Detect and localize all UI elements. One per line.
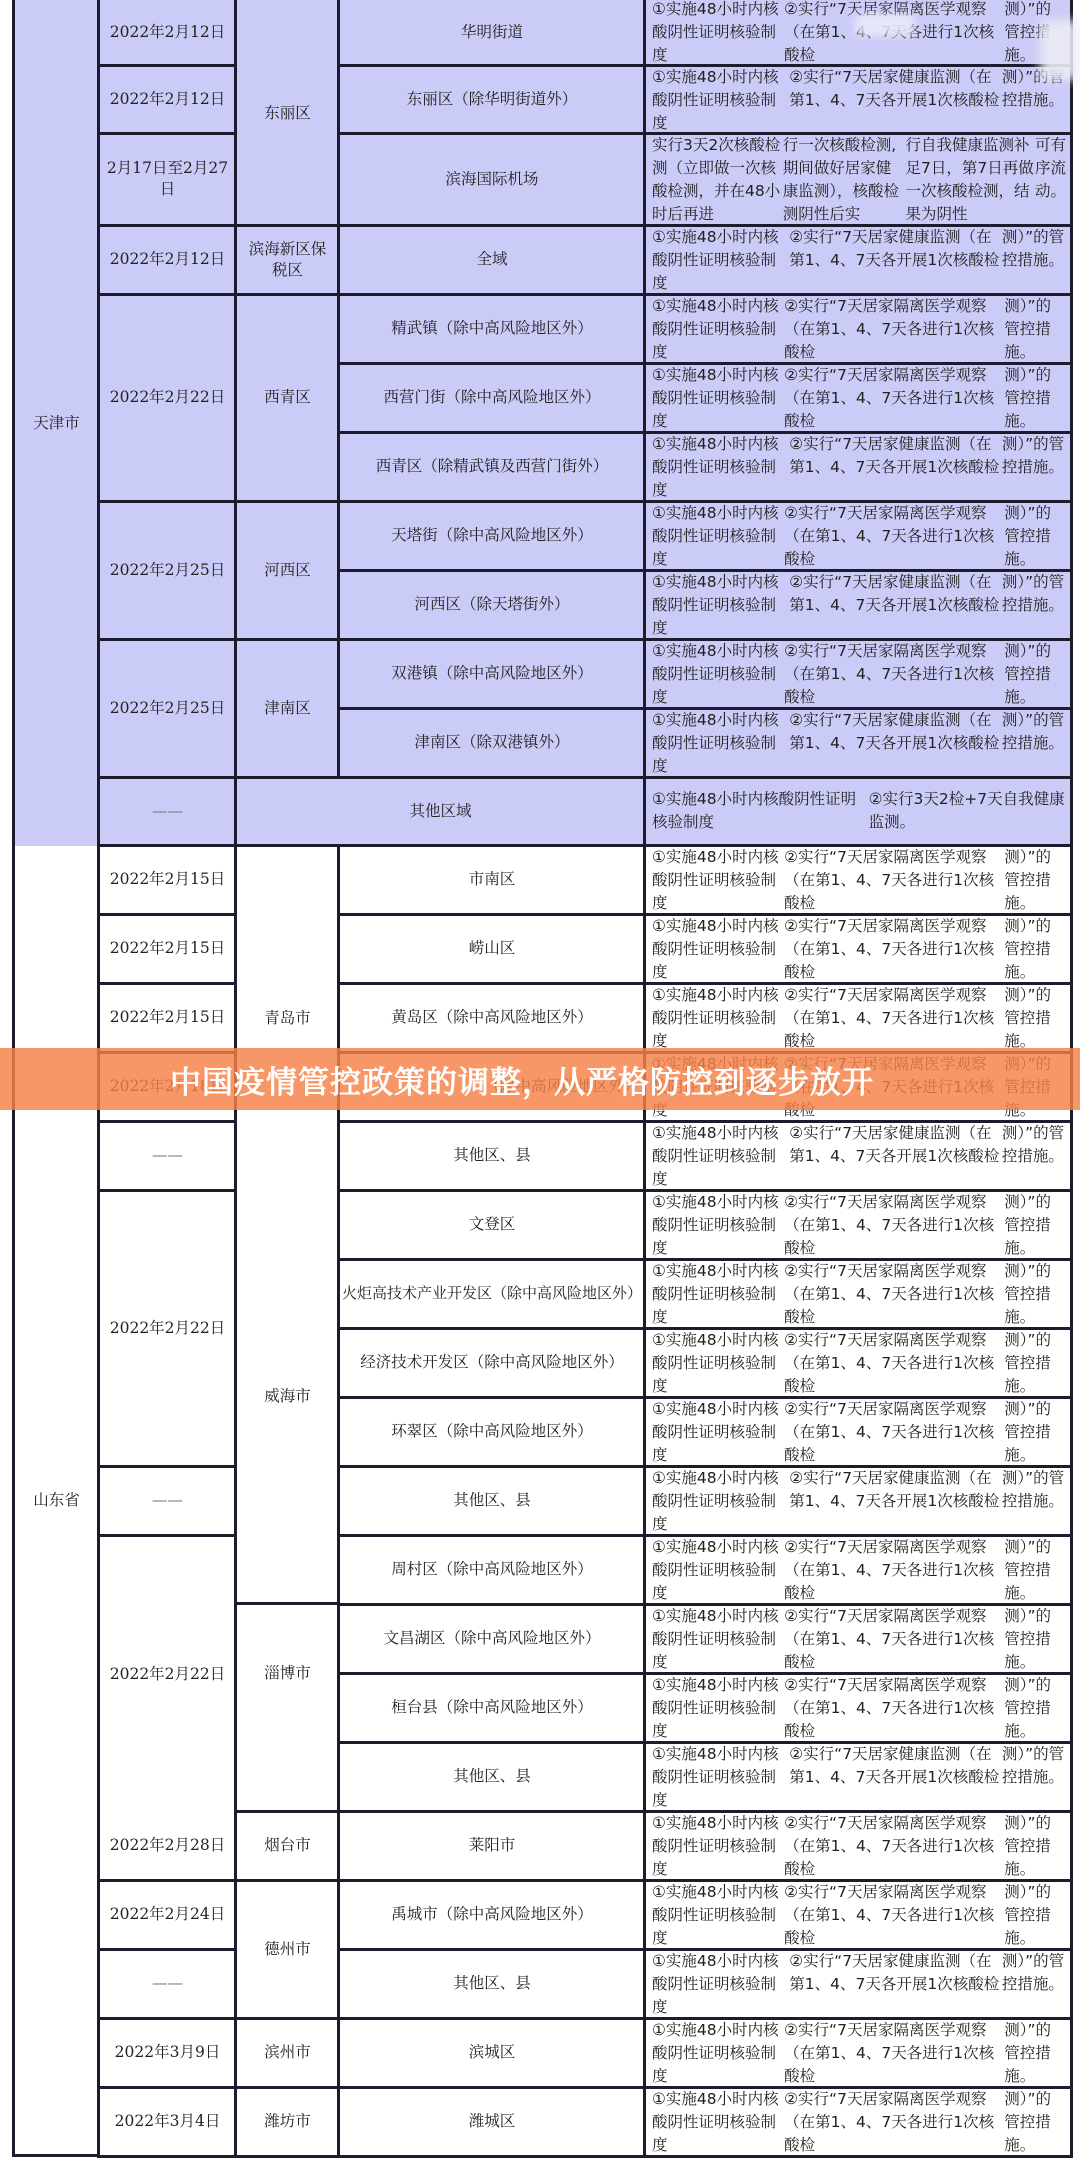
policy-line: ②实行“7天居家隔离医学观察（在第1、4、7天各进行1次核酸检 xyxy=(784,1329,1004,1398)
area-cell: 精武镇（除中高风险地区外） xyxy=(337,295,644,365)
date-cell: 2022年2月22日 xyxy=(97,1191,235,1468)
policy-line: ②实行“7天居家健康监测（在第1、4、7天各开展1次核酸检 xyxy=(789,433,1002,479)
area-text: 文昌湖区（除中高风险地区外） xyxy=(383,1628,600,1649)
date-cell: 2022年2月15日 xyxy=(97,915,235,985)
area-text: 西青区（除精武镇及西营门街外） xyxy=(376,456,609,477)
city-cell-qingdao: 青岛市 xyxy=(234,846,338,1191)
area-cell: 双港镇（除中高风险地区外） xyxy=(337,640,644,710)
area-cell: 黄岛区（除中高风险地区外） xyxy=(337,984,644,1054)
area-text: 西营门街（除中高风险地区外） xyxy=(383,387,600,408)
policy-cell: ①实施48小时内核酸阴性证明核验制度 ②实行“7天居家健康监测（在第1、4、7天… xyxy=(643,1950,1073,2020)
policy-line: 测）”的管控措施。 xyxy=(1004,1191,1066,1260)
date-text: 2022年2月12日 xyxy=(110,89,226,110)
area-cell: 滨海国际机场 xyxy=(337,134,644,227)
policy-line: ②实行“7天居家隔离医学观察（在第1、4、7天各进行1次核酸检 xyxy=(784,984,1004,1053)
city-text: 烟台市 xyxy=(264,1835,311,1856)
date-cell: 2022年2月15日 xyxy=(97,846,235,916)
policy-cell: ①实施48小时内核酸阴性证明核验制度 ②实行“7天居家健康监测（在第1、4、7天… xyxy=(643,1467,1073,1537)
policy-line: 测）”的管控措施。 xyxy=(1004,295,1066,364)
area-cell: 西营门街（除中高风险地区外） xyxy=(337,364,644,434)
policy-line: ②实行“7天居家健康监测（在第1、4、7天各开展1次核酸检 xyxy=(789,1467,1002,1513)
policy-line: 测）”的管控措施。 xyxy=(1004,364,1066,433)
policy-line: 测）”的管控措施。 xyxy=(1002,1467,1066,1513)
area-text: 崂山区 xyxy=(469,938,516,959)
policy-line: 测）”的管控措施。 xyxy=(1002,226,1066,272)
policy-line: ②实行“7天居家隔离医学观察（在第1、4、7天各进行1次核酸检 xyxy=(784,1398,1004,1467)
policy-line: 测）”的管控措施。 xyxy=(1002,1122,1066,1168)
policy-line: 测）”的管控措施。 xyxy=(1004,1329,1066,1398)
policy-cell: ①实施48小时内核酸阴性证明核验制度 ②实行“7天居家隔离医学观察（在第1、4、… xyxy=(643,1674,1073,1744)
area-text: 周村区（除中高风险地区外） xyxy=(391,1559,593,1580)
policy-line: 测）”的管控措施。 xyxy=(1004,915,1066,984)
date-cell-empty: —— xyxy=(97,1122,235,1192)
policy-line: ①实施48小时内核酸阴性证明核验制度 xyxy=(652,1881,784,1950)
area-text: 环翠区（除中高风险地区外） xyxy=(391,1421,593,1442)
area-text: 精武镇（除中高风险地区外） xyxy=(391,318,593,339)
title-banner: 中国疫情管控政策的调整，从严格防控到逐步放开 xyxy=(0,1048,1080,1110)
date-text: 2022年2月15日 xyxy=(110,869,226,890)
city-cell-yantai: 烟台市 xyxy=(234,1812,338,1882)
area-cell: 其他区、县 xyxy=(337,1122,644,1192)
policy-line: ①实施48小时内核酸阴性证明核验制度 xyxy=(652,788,869,834)
date-text: 2月17日至2月27日 xyxy=(104,158,231,200)
date-cell: 2022年2月12日 xyxy=(97,0,235,67)
policy-line: 测）”的管控措施。 xyxy=(1004,1605,1066,1674)
policy-line: 测）”的管控措施。 xyxy=(1004,2019,1066,2088)
policy-cell: ①实施48小时内核酸阴性证明核验制度 ②实行“7天居家隔离医学观察（在第1、4、… xyxy=(643,846,1073,916)
policy-line: ②实行“7天居家健康监测（在第1、4、7天各开展1次核酸检 xyxy=(789,1122,1002,1168)
policy-line: ①实施48小时内核酸阴性证明核验制度 xyxy=(652,1398,784,1467)
district-cell-binhai-bonded: 滨海新区保税区 xyxy=(234,224,338,296)
area-text: 其他区、县 xyxy=(453,1145,531,1166)
date-dash: —— xyxy=(152,1490,183,1511)
policy-line: ②实行“7天居家隔离医学观察（在第1、4、7天各进行1次核酸检 xyxy=(784,640,1004,709)
district-cell-jinnan: 津南区 xyxy=(234,640,338,779)
policy-line: ①实施48小时内核酸阴性证明核验制度 xyxy=(652,0,784,67)
area-text: 滨城区 xyxy=(469,2042,516,2063)
policy-line: ①实施48小时内核酸阴性证明核验制度 xyxy=(652,1605,784,1674)
policy-cell: ①实施48小时内核酸阴性证明核验制度 ②实行“7天居家健康监测（在第1、4、7天… xyxy=(643,66,1073,135)
date-text: 2022年2月22日 xyxy=(110,1318,226,1339)
province-label: 天津市 xyxy=(33,413,80,434)
policy-line: ①实施48小时内核酸阴性证明核验制度 xyxy=(652,502,784,571)
area-cell: 其他区、县 xyxy=(337,1467,644,1537)
date-text: 2022年2月12日 xyxy=(110,22,226,43)
area-text: 潍城区 xyxy=(469,2111,516,2132)
district-cell-dongli: 东丽区 xyxy=(234,0,338,227)
date-text: 2022年3月4日 xyxy=(115,2111,221,2132)
city-cell-binzhou: 滨州市 xyxy=(234,2019,338,2089)
banner-title: 中国疫情管控政策的调整，从严格防控到逐步放开 xyxy=(170,1057,874,1102)
area-cell: 经济技术开发区（除中高风险地区外） xyxy=(337,1329,644,1399)
policy-line: ②实行“7天居家健康监测（在第1、4、7天各开展1次核酸检 xyxy=(789,1950,1002,1996)
policy-cell: ①实施48小时内核酸阴性证明核验制度 ②实行“7天居家隔离医学观察（在第1、4、… xyxy=(643,640,1073,710)
policy-line: ①实施48小时内核酸阴性证明核验制度 xyxy=(652,2019,784,2088)
date-cell: 2022年2月12日 xyxy=(97,66,235,135)
date-text: 2022年2月28日 xyxy=(110,1835,226,1856)
policy-line: 测）”的管控措施。 xyxy=(1002,433,1066,479)
city-cell-zibo: 淄博市 xyxy=(234,1536,338,1813)
area-text: 经济技术开发区（除中高风险地区外） xyxy=(360,1352,624,1373)
date-cell: 2022年2月22日 xyxy=(97,295,235,503)
policy-line: ②实行“7天居家隔离医学观察（在第1、4、7天各进行1次核酸检 xyxy=(784,2088,1004,2157)
city-text: 威海市 xyxy=(264,1386,311,1407)
policy-cell: ①实施48小时内核酸阴性证明核验制度 ②实行3天2检+7天自我健康监测。 xyxy=(643,778,1073,847)
area-text: 天塔街（除中高风险地区外） xyxy=(391,525,593,546)
policy-line: ②实行“7天居家隔离医学观察（在第1、4、7天各进行1次核酸检 xyxy=(784,502,1004,571)
district-cell-xiqing: 西青区 xyxy=(234,295,338,503)
area-cell: 全域 xyxy=(337,226,644,296)
policy-line: ①实施48小时内核酸阴性证明核验制度 xyxy=(652,984,784,1053)
policy-line: ②实行“7天居家健康监测（在第1、4、7天各开展1次核酸检 xyxy=(789,226,1002,272)
area-text: 文登区 xyxy=(469,1214,516,1235)
policy-line: ①实施48小时内核酸阴性证明核验制度 xyxy=(652,433,789,502)
policy-cell: ①实施48小时内核酸阴性证明核验制度 ②实行“7天居家健康监测（在第1、4、7天… xyxy=(643,433,1073,503)
area-cell: 潍城区 xyxy=(337,2088,644,2158)
area-cell: 禹城市（除中高风险地区外） xyxy=(337,1881,644,1951)
area-cell: 桓台县（除中高风险地区外） xyxy=(337,1674,644,1744)
area-cell: 火炬高技术产业开发区（除中高风险地区外） xyxy=(337,1260,644,1330)
area-text: 河西区（除天塔街外） xyxy=(414,594,569,615)
policy-line: 测）”的管控措施。 xyxy=(1002,1743,1066,1789)
date-cell: 2022年2月25日 xyxy=(97,502,235,641)
policy-cell: ①实施48小时内核酸阴性证明核验制度 ②实行“7天居家隔离医学观察（在第1、4、… xyxy=(643,295,1073,365)
area-text: 其他区、县 xyxy=(453,1973,531,1994)
policy-cell: ①实施48小时内核酸阴性证明核验制度 ②实行“7天居家健康监测（在第1、4、7天… xyxy=(643,1122,1073,1192)
policy-cell: ①实施48小时内核酸阴性证明核验制度 ②实行“7天居家隔离医学观察（在第1、4、… xyxy=(643,1605,1073,1675)
city-text: 青岛市 xyxy=(264,1008,311,1029)
area-cell: 其他区、县 xyxy=(337,1743,644,1813)
policy-line: ②实行“7天居家健康监测（在第1、4、7天各开展1次核酸检 xyxy=(789,571,1002,617)
policy-cell: ①实施48小时内核酸阴性证明核验制度 ②实行“7天居家隔离医学观察（在第1、4、… xyxy=(643,1191,1073,1261)
policy-line: 测）”的管控措施。 xyxy=(1004,1398,1066,1467)
area-cell: 环翠区（除中高风险地区外） xyxy=(337,1398,644,1468)
area-cell: 天塔街（除中高风险地区外） xyxy=(337,502,644,572)
policy-line: 测）”的管控措施。 xyxy=(1004,1881,1066,1950)
district-text: 河西区 xyxy=(264,560,311,581)
date-cell: 2022年3月4日 xyxy=(97,2088,235,2158)
date-dash: —— xyxy=(152,1145,183,1166)
date-cell: 2022年2月25日 xyxy=(97,640,235,779)
policy-table-document: 天津市 2022年2月12日 东丽区 华明街道 ①实施48小时内核酸阴性证明核验… xyxy=(0,0,1080,2158)
date-cell-empty: —— xyxy=(97,778,235,847)
area-text: 其他区域 xyxy=(409,801,471,822)
policy-line: ②实行“7天居家隔离医学观察（在第1、4、7天各进行1次核酸检 xyxy=(784,2019,1004,2088)
policy-line: 测）”的管控措施。 xyxy=(1004,640,1066,709)
policy-line: ①实施48小时内核酸阴性证明核验制度 xyxy=(652,1743,789,1812)
area-text: 火炬高技术产业开发区（除中高风险地区外） xyxy=(342,1283,642,1303)
policy-line: ②实行3天2检+7天自我健康监测。 xyxy=(869,788,1066,834)
watermark-blur xyxy=(855,14,915,36)
area-text: 禹城市（除中高风险地区外） xyxy=(391,1904,593,1925)
policy-line: 测）”的管控措施。 xyxy=(1002,709,1066,755)
date-cell: 2月17日至2月27日 xyxy=(97,134,235,227)
area-text: 双港镇（除中高风险地区外） xyxy=(391,663,593,684)
policy-line: 测）”的管控措施。 xyxy=(1004,1260,1066,1329)
policy-line: ①实施48小时内核酸阴性证明核验制度 xyxy=(652,295,784,364)
policy-line: ②实行“7天居家隔离医学观察（在第1、4、7天各进行1次核酸检 xyxy=(784,1881,1004,1950)
date-cell: 2022年2月24日 xyxy=(97,1881,235,1951)
policy-cell: ①实施48小时内核酸阴性证明核验制度 ②实行“7天居家健康监测（在第1、4、7天… xyxy=(643,1743,1073,1813)
date-cell-empty: —— xyxy=(97,1950,235,2020)
area-cell: 滨城区 xyxy=(337,2019,644,2089)
policy-line: 测）”的管控措施。 xyxy=(1004,846,1066,915)
policy-line: ①实施48小时内核酸阴性证明核验制度 xyxy=(652,640,784,709)
policy-line: ②实行“7天居家隔离医学观察（在第1、4、7天各进行1次核酸检 xyxy=(784,1536,1004,1605)
policy-line: ②实行“7天居家健康监测（在第1、4、7天各开展1次核酸检 xyxy=(789,66,1002,112)
policy-cell: ①实施48小时内核酸阴性证明核验制度 ②实行“7天居家隔离医学观察（在第1、4、… xyxy=(643,364,1073,434)
policy-line: ①实施48小时内核酸阴性证明核验制度 xyxy=(652,364,784,433)
policy-cell: ①实施48小时内核酸阴性证明核验制度 ②实行“7天居家隔离医学观察（在第1、4、… xyxy=(643,502,1073,572)
policy-line: ②实行“7天居家隔离医学观察（在第1、4、7天各进行1次核酸检 xyxy=(784,915,1004,984)
city-text: 德州市 xyxy=(264,1939,311,1960)
policy-line: ②实行“7天居家隔离医学观察（在第1、4、7天各进行1次核酸检 xyxy=(784,1191,1004,1260)
policy-line: 行一次核酸检测,期间做好居家健康监测），核酸检测阴性后实 xyxy=(783,134,906,226)
area-text: 全域 xyxy=(476,249,507,270)
province-cell-tianjin: 天津市 xyxy=(12,0,98,846)
policy-line: 测）”的管控措施。 xyxy=(1004,502,1066,571)
area-text: 滨海国际机场 xyxy=(445,169,538,190)
policy-line: ①实施48小时内核酸阴性证明核验制度 xyxy=(652,1191,784,1260)
policy-line: ②实行“7天居家隔离医学观察（在第1、4、7天各进行1次核酸检 xyxy=(784,846,1004,915)
city-text: 潍坊市 xyxy=(264,2111,311,2132)
watermark-blur xyxy=(1040,20,1080,80)
city-cell-weifang: 潍坊市 xyxy=(234,2088,338,2158)
policy-line: ②实行“7天居家隔离医学观察（在第1、4、7天各进行1次核酸检 xyxy=(784,1674,1004,1743)
policy-line: 测）”的管控措施。 xyxy=(1004,1536,1066,1605)
policy-line: 测）”的管控措施。 xyxy=(1002,1950,1066,1996)
policy-line: ②实行“7天居家隔离医学观察（在第1、4、7天各进行1次核酸检 xyxy=(784,364,1004,433)
date-cell: 2022年2月15日 xyxy=(97,984,235,1054)
policy-cell: ①实施48小时内核酸阴性证明核验制度 ②实行“7天居家隔离医学观察（在第1、4、… xyxy=(643,1812,1073,1882)
policy-cell: ①实施48小时内核酸阴性证明核验制度 ②实行“7天居家隔离医学观察（在第1、4、… xyxy=(643,984,1073,1054)
date-cell-empty: —— xyxy=(97,1467,235,1537)
policy-line: 行自我健康监测补足7日，第7日再做一次核酸检测，结果为阴性 xyxy=(906,134,1035,226)
policy-line: ①实施48小时内核酸阴性证明核验制度 xyxy=(652,2088,784,2157)
area-text: 市南区 xyxy=(469,869,516,890)
area-cell: 津南区（除双港镇外） xyxy=(337,709,644,779)
area-cell: 周村区（除中高风险地区外） xyxy=(337,1536,644,1606)
date-cell: 2022年2月12日 xyxy=(97,226,235,296)
policy-line: ①实施48小时内核酸阴性证明核验制度 xyxy=(652,1329,784,1398)
policy-line: ②实行“7天居家隔离医学观察（在第1、4、7天各进行1次核酸检 xyxy=(784,1260,1004,1329)
policy-line: 测）”的管控措施。 xyxy=(1002,571,1066,617)
date-text: 2022年2月22日 xyxy=(110,387,226,408)
area-text: 桓台县（除中高风险地区外） xyxy=(391,1697,593,1718)
policy-cell: ①实施48小时内核酸阴性证明核验制度 ②实行“7天居家隔离医学观察（在第1、4、… xyxy=(643,1536,1073,1606)
city-text: 滨州市 xyxy=(264,2042,311,2063)
area-text: 莱阳市 xyxy=(469,1835,516,1856)
area-text: 黄岛区（除中高风险地区外） xyxy=(391,1007,593,1028)
city-cell-dezhou: 德州市 xyxy=(234,1881,338,2020)
policy-line: 实行3天2次核酸检测（立即做一次核酸检测，并在48小时后再进 xyxy=(652,134,783,226)
policy-line: ②实行“7天居家健康监测（在第1、4、7天各开展1次核酸检 xyxy=(789,709,1002,755)
area-cell: 其他区、县 xyxy=(337,1950,644,2020)
area-cell: 文登区 xyxy=(337,1191,644,1261)
policy-line: 测）”的管控措施。 xyxy=(1004,2088,1066,2157)
policy-line: ①实施48小时内核酸阴性证明核验制度 xyxy=(652,1536,784,1605)
policy-line: ②实行“7天居家健康监测（在第1、4、7天各开展1次核酸检 xyxy=(789,1743,1002,1789)
city-text: 淄博市 xyxy=(264,1663,311,1684)
date-text: 2022年3月9日 xyxy=(115,2042,221,2063)
policy-line: ①实施48小时内核酸阴性证明核验制度 xyxy=(652,846,784,915)
area-cell: 崂山区 xyxy=(337,915,644,985)
date-dash: —— xyxy=(152,1973,183,1994)
date-text: 2022年2月25日 xyxy=(110,698,226,719)
date-dash: —— xyxy=(152,801,183,822)
policy-line: 测）”的管控措施。 xyxy=(1004,984,1066,1053)
policy-line: ②实行“7天居家隔离医学观察（在第1、4、7天各进行1次核酸检 xyxy=(784,295,1004,364)
province-label: 山东省 xyxy=(33,1490,80,1511)
district-text: 津南区 xyxy=(264,698,311,719)
date-cell-merged: 2022年2月22日 2022年2月28日 xyxy=(97,1536,235,1882)
area-cell: 河西区（除天塔街外） xyxy=(337,571,644,641)
area-text: 华明街道 xyxy=(461,22,523,43)
policy-line: ①实施48小时内核酸阴性证明核验制度 xyxy=(652,709,789,778)
policy-line: ②实行“7天居家隔离医学观察（在第1、4、7天各进行1次核酸检 xyxy=(784,1605,1004,1674)
policy-cell: ①实施48小时内核酸阴性证明核验制度 ②实行“7天居家隔离医学观察（在第1、4、… xyxy=(643,2088,1073,2158)
area-cell: 东丽区（除华明街道外） xyxy=(337,66,644,135)
area-text: 其他区、县 xyxy=(453,1766,531,1787)
policy-line: ①实施48小时内核酸阴性证明核验制度 xyxy=(652,1122,789,1191)
area-cell: 市南区 xyxy=(337,846,644,916)
date-text: 2022年2月22日 xyxy=(110,1664,226,1685)
policy-line: ①实施48小时内核酸阴性证明核验制度 xyxy=(652,1950,789,2019)
policy-cell: ①实施48小时内核酸阴性证明核验制度 ②实行“7天居家隔离医学观察（在第1、4、… xyxy=(643,1398,1073,1468)
policy-line: 测）”的管控措施。 xyxy=(1004,1674,1066,1743)
policy-cell: 实行3天2次核酸检测（立即做一次核酸检测，并在48小时后再进 行一次核酸检测,期… xyxy=(643,134,1073,227)
area-cell: 文昌湖区（除中高风险地区外） xyxy=(337,1605,644,1675)
policy-line: ①实施48小时内核酸阴性证明核验制度 xyxy=(652,915,784,984)
province-cell-shandong: 山东省 xyxy=(12,846,98,2157)
policy-line: ①实施48小时内核酸阴性证明核验制度 xyxy=(652,1467,789,1536)
date-text: 2022年2月15日 xyxy=(110,1007,226,1028)
policy-cell: ①实施48小时内核酸阴性证明核验制度 ②实行“7天居家隔离医学观察（在第1、4、… xyxy=(643,1881,1073,1951)
area-text: 东丽区（除华明街道外） xyxy=(407,89,578,110)
area-text: 其他区、县 xyxy=(453,1490,531,1511)
date-text: 2022年2月24日 xyxy=(110,1904,226,1925)
policy-cell: ①实施48小时内核酸阴性证明核验制度 ②实行“7天居家隔离医学观察（在第1、4、… xyxy=(643,915,1073,985)
district-text: 滨海新区保税区 xyxy=(243,239,332,281)
area-cell: 莱阳市 xyxy=(337,1812,644,1882)
area-cell: 华明街道 xyxy=(337,0,644,67)
policy-cell: ①实施48小时内核酸阴性证明核验制度 ②实行“7天居家健康监测（在第1、4、7天… xyxy=(643,571,1073,641)
policy-cell: ①实施48小时内核酸阴性证明核验制度 ②实行“7天居家隔离医学观察（在第1、4、… xyxy=(643,1260,1073,1330)
date-cell: 2022年3月9日 xyxy=(97,2019,235,2089)
area-cell-other-regions: 其他区域 xyxy=(234,778,644,847)
policy-line: ①实施48小时内核酸阴性证明核验制度 xyxy=(652,66,789,135)
policy-cell: ①实施48小时内核酸阴性证明核验制度 ②实行“7天居家隔离医学观察（在第1、4、… xyxy=(643,1329,1073,1399)
policy-line: ②实行“7天居家隔离医学观察（在第1、4、7天各进行1次核酸检 xyxy=(784,1812,1004,1881)
district-cell-hexi: 河西区 xyxy=(234,502,338,641)
policy-line: ①实施48小时内核酸阴性证明核验制度 xyxy=(652,571,789,640)
district-text: 西青区 xyxy=(264,387,311,408)
district-text: 东丽区 xyxy=(264,103,311,124)
policy-cell: ①实施48小时内核酸阴性证明核验制度 ②实行“7天居家隔离医学观察（在第1、4、… xyxy=(643,2019,1073,2089)
date-text: 2022年2月25日 xyxy=(110,560,226,581)
policy-line: ①实施48小时内核酸阴性证明核验制度 xyxy=(652,1674,784,1743)
policy-line: ①实施48小时内核酸阴性证明核验制度 xyxy=(652,226,789,295)
area-cell: 西青区（除精武镇及西营门街外） xyxy=(337,433,644,503)
policy-line: ①实施48小时内核酸阴性证明核验制度 xyxy=(652,1260,784,1329)
date-text: 2022年2月12日 xyxy=(110,249,226,270)
policy-line: ①实施48小时内核酸阴性证明核验制度 xyxy=(652,1812,784,1881)
policy-line: 可有序流动。 xyxy=(1035,134,1066,203)
policy-cell: ①实施48小时内核酸阴性证明核验制度 ②实行“7天居家健康监测（在第1、4、7天… xyxy=(643,226,1073,296)
policy-line: 测）”的管控措施。 xyxy=(1004,1812,1066,1881)
area-text: 津南区（除双港镇外） xyxy=(414,732,569,753)
policy-cell: ①实施48小时内核酸阴性证明核验制度 ②实行“7天居家健康监测（在第1、4、7天… xyxy=(643,709,1073,779)
date-text: 2022年2月15日 xyxy=(110,938,226,959)
